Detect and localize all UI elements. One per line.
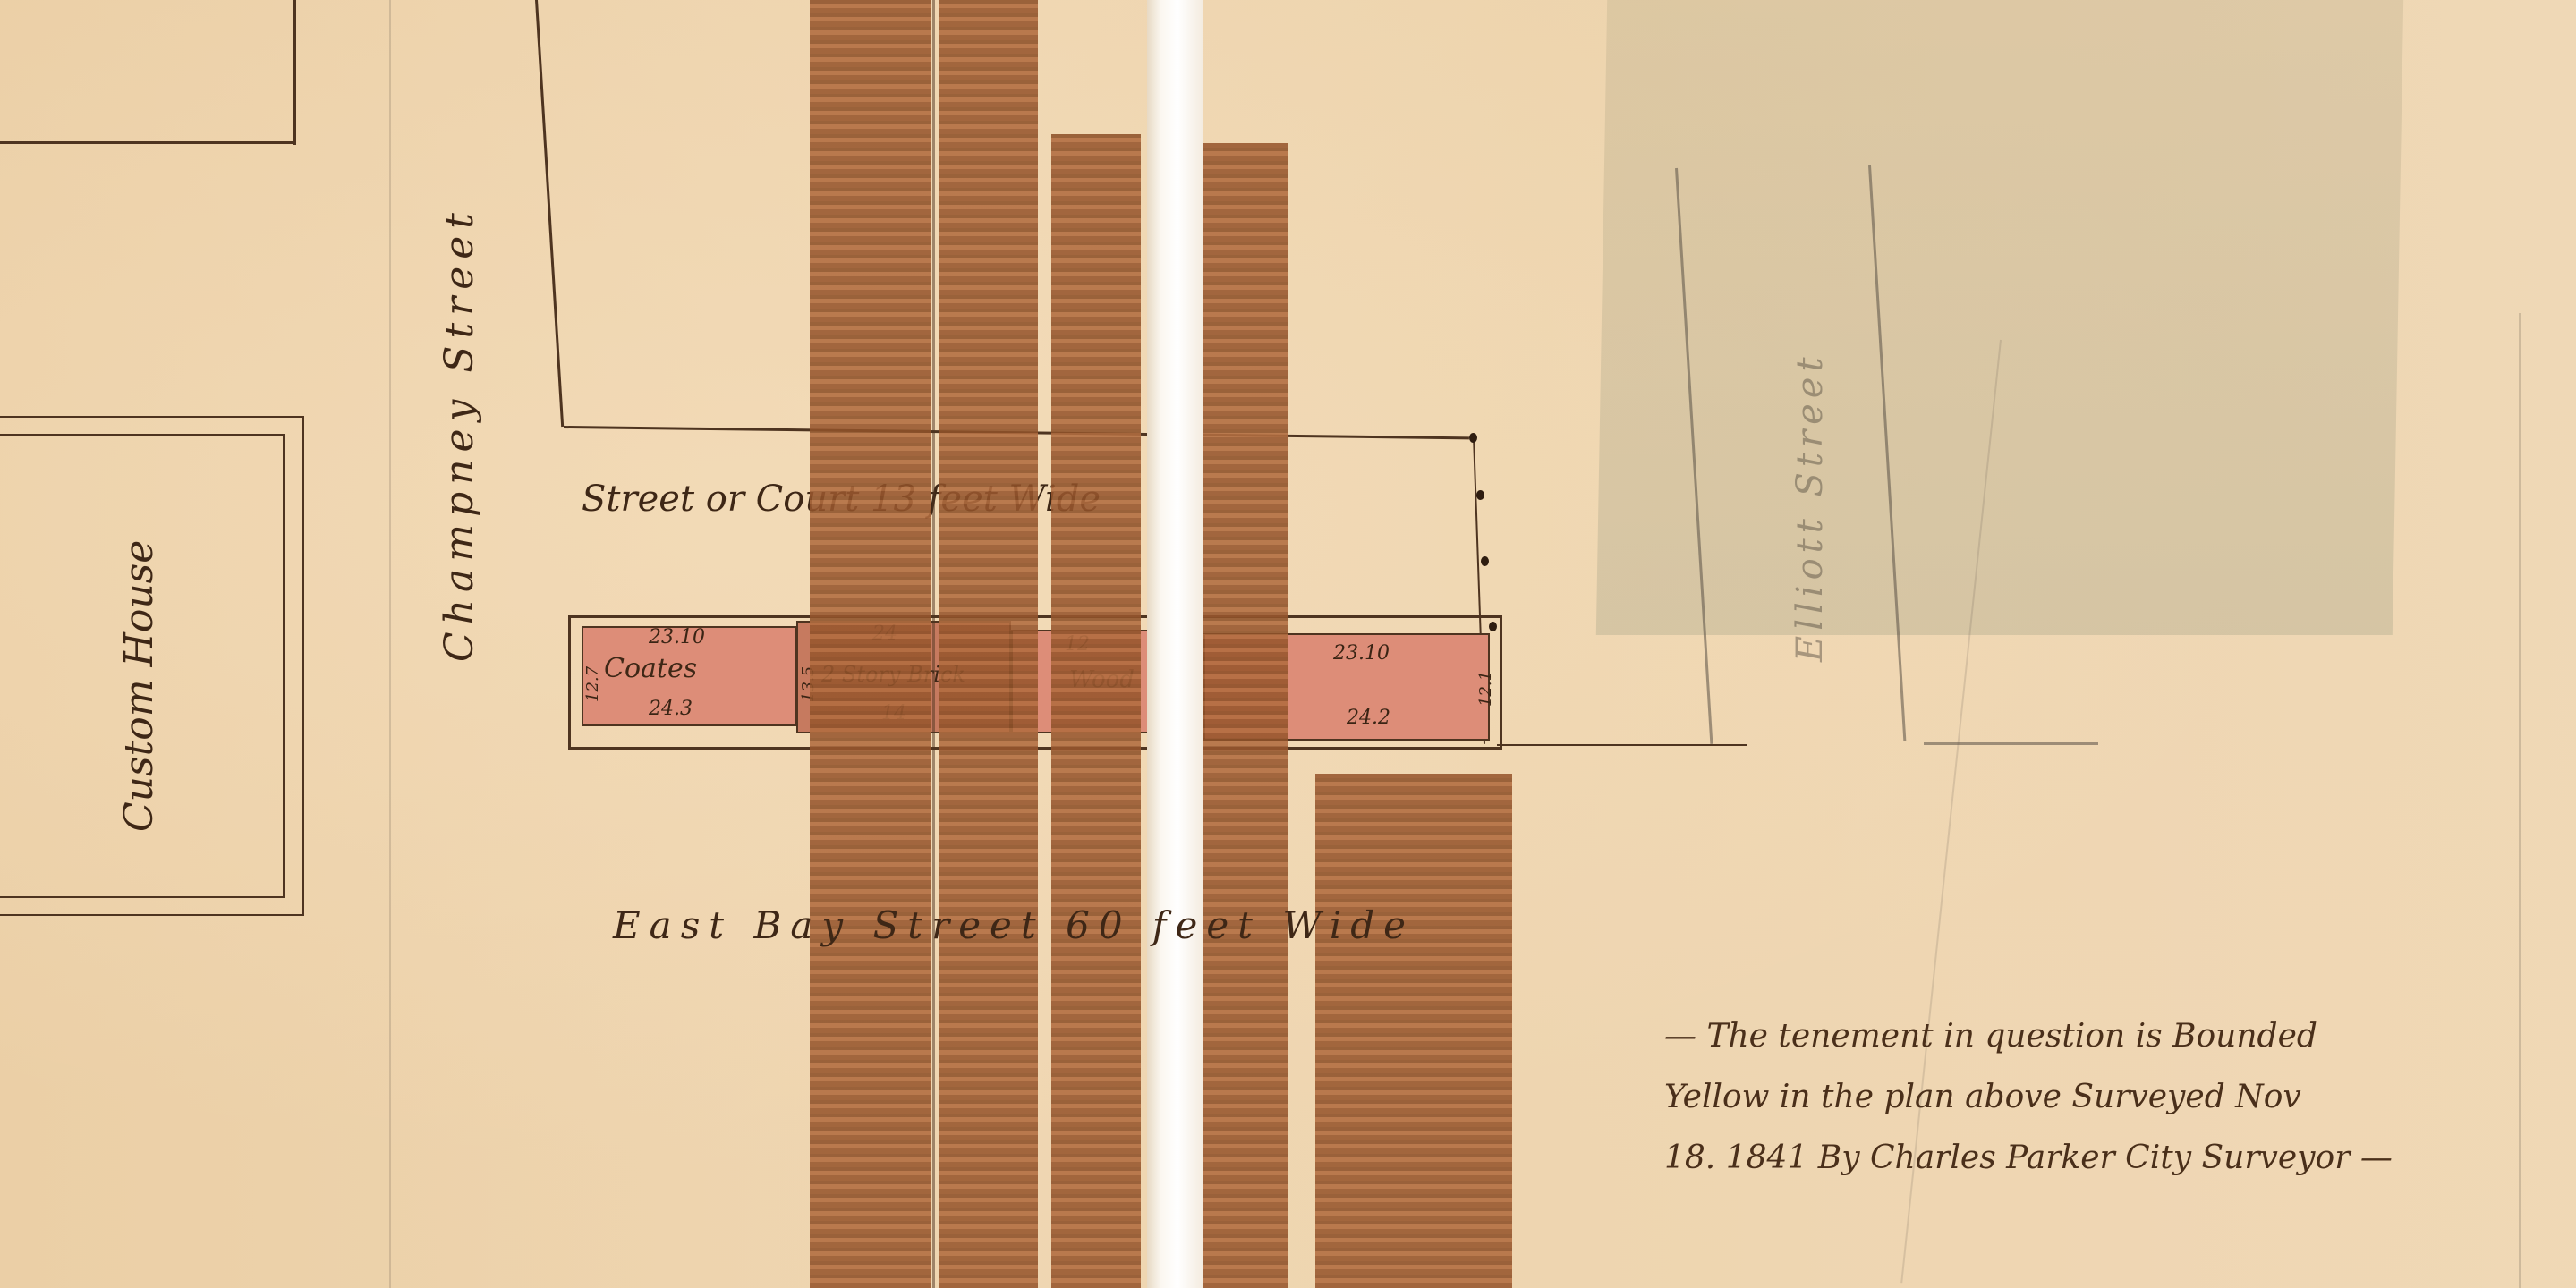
lot-coates-side: 12.7	[583, 666, 602, 702]
lot-east-top: 23.10	[1333, 642, 1390, 665]
lot-coates-name: Coates	[604, 653, 697, 684]
tape-stripe	[1315, 774, 1512, 1288]
survey-marker	[1469, 433, 1477, 443]
lot-east-bottom: 24.2	[1347, 707, 1390, 729]
tape-stripe	[939, 0, 1038, 1288]
east-bay-street-label: East Bay Street 60 feet Wide	[613, 903, 1415, 947]
paper-fold	[1147, 0, 1203, 1288]
survey-marker	[1476, 490, 1484, 500]
champney-street-pencil-line	[389, 0, 391, 1288]
top-left-building-right-edge	[293, 0, 296, 145]
lot-east-side: 12.1	[1476, 671, 1495, 707]
tape-stripe	[810, 0, 931, 1288]
right-margin-line	[2519, 313, 2521, 1288]
tape-center-line	[932, 0, 935, 1288]
champney-street-label: Champney Street	[437, 206, 482, 662]
elliott-street-label: Elliott Street	[1790, 352, 1831, 662]
surveyor-note-line-3: 18. 1841 By Charles Parker City Surveyor…	[1664, 1128, 2393, 1189]
top-left-building-bottom-edge	[0, 141, 296, 144]
elliott-street-corner	[1924, 742, 2098, 745]
survey-map: Custom House Champney Street Street or C…	[0, 0, 2576, 1288]
surveyor-note-line-2: Yellow in the plan above Surveyed Nov	[1664, 1067, 2393, 1128]
surveyor-note-line-1: — The tenement in question is Bounded	[1664, 1006, 2393, 1067]
custom-house-label: Custom House	[116, 540, 162, 832]
court-block-left-edge	[535, 0, 564, 427]
tape-stripe	[1051, 134, 1141, 1288]
lot-coates-top: 23.10	[649, 626, 705, 648]
lot-strip-extension-line	[1497, 744, 1747, 746]
tape-stripe	[1199, 143, 1288, 1288]
paper-overlay-patch	[1596, 0, 2403, 635]
survey-marker	[1481, 556, 1489, 566]
lot-coates-bottom: 24.3	[649, 698, 693, 720]
surveyor-note: — The tenement in question is Bounded Ye…	[1664, 1006, 2393, 1189]
